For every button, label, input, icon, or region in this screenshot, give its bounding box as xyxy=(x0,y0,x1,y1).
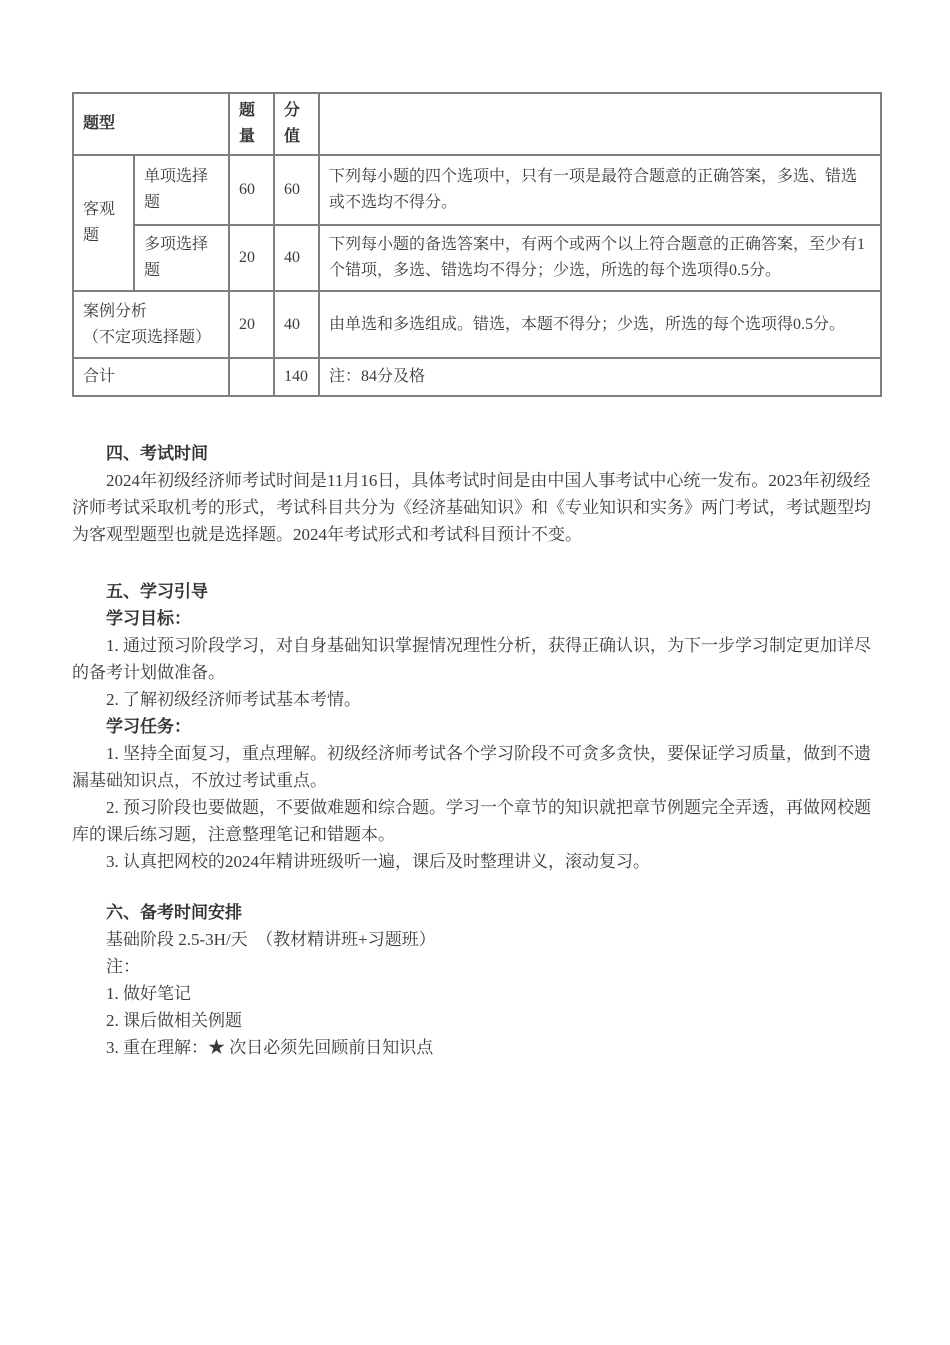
table-row-single-choice: 客观题 单项选择题 60 60 下列每小题的四个选项中，只有一项是最符合题意的正… xyxy=(73,155,881,225)
total-label: 合计 xyxy=(73,358,229,396)
section-exam-time-paragraph: 2024年初级经济师考试时间是11月16日，具体考试时间是由中国人事考试中心统一… xyxy=(72,467,880,548)
multi-choice-qty: 20 xyxy=(229,225,274,291)
study-task-item: 1. 坚持全面复习，重点理解。初级经济师考试各个学习阶段不可贪多贪快，要保证学习… xyxy=(72,740,880,794)
single-choice-score: 60 xyxy=(274,155,319,225)
multi-choice-label: 多项选择题 xyxy=(134,225,229,291)
case-analysis-score: 40 xyxy=(274,291,319,358)
study-task-item: 2. 预习阶段也要做题，不要做难题和综合题。学习一个章节的知识就把章节例题完全弄… xyxy=(72,794,880,848)
total-qty xyxy=(229,358,274,396)
section-exam-time-title: 四、考试时间 xyxy=(72,440,880,467)
prep-note-item: 1. 做好笔记 xyxy=(72,980,880,1007)
case-analysis-desc: 由单选和多选组成。错选，本题不得分；少选，所选的每个选项得0.5分。 xyxy=(319,291,881,358)
document-page: 题型 题量 分值 客观题 单项选择题 60 60 下列每小题的四个选项中，只有一… xyxy=(0,0,950,1345)
section-prep-schedule-title: 六、备考时间安排 xyxy=(72,899,880,926)
objective-group-cell: 客观题 xyxy=(73,155,134,291)
multi-choice-desc: 下列每小题的备选答案中，有两个或两个以上符合题意的正确答案，至少有1个错项，多选… xyxy=(319,225,881,291)
multi-choice-score: 40 xyxy=(274,225,319,291)
single-choice-label: 单项选择题 xyxy=(134,155,229,225)
exam-structure-table: 题型 题量 分值 客观题 单项选择题 60 60 下列每小题的四个选项中，只有一… xyxy=(72,92,882,397)
study-goals-label: 学习目标： xyxy=(72,605,880,632)
single-choice-qty: 60 xyxy=(229,155,274,225)
header-quantity: 题量 xyxy=(229,93,274,155)
prep-note-label: 注： xyxy=(72,953,880,980)
case-analysis-label: 案例分析 （不定项选择题） xyxy=(73,291,229,358)
header-score: 分值 xyxy=(274,93,319,155)
total-desc: 注：84分及格 xyxy=(319,358,881,396)
section-study-guide-title: 五、学习引导 xyxy=(72,578,880,605)
prep-schedule-line: 基础阶段 2.5-3H/天 （教材精讲班+习题班） xyxy=(72,926,880,953)
header-description xyxy=(319,93,881,155)
table-header-row: 题型 题量 分值 xyxy=(73,93,881,155)
header-question-type: 题型 xyxy=(73,93,229,155)
prep-note-item: 2. 课后做相关例题 xyxy=(72,1007,880,1034)
table-row-case-analysis: 案例分析 （不定项选择题） 20 40 由单选和多选组成。错选，本题不得分；少选… xyxy=(73,291,881,358)
table-row-multi-choice: 多项选择题 20 40 下列每小题的备选答案中，有两个或两个以上符合题意的正确答… xyxy=(73,225,881,291)
study-goal-item: 1. 通过预习阶段学习，对自身基础知识掌握情况理性分析，获得正确认识，为下一步学… xyxy=(72,632,880,686)
prep-note-item: 3. 重在理解：★ 次日必须先回顾前日知识点 xyxy=(72,1034,880,1061)
total-score: 140 xyxy=(274,358,319,396)
table-row-total: 合计 140 注：84分及格 xyxy=(73,358,881,396)
study-task-item: 3. 认真把网校的2024年精讲班级听一遍，课后及时整理讲义，滚动复习。 xyxy=(72,848,880,875)
case-analysis-qty: 20 xyxy=(229,291,274,358)
single-choice-desc: 下列每小题的四个选项中，只有一项是最符合题意的正确答案，多选、错选或不选均不得分… xyxy=(319,155,881,225)
study-tasks-label: 学习任务： xyxy=(72,713,880,740)
study-goal-item: 2. 了解初级经济师考试基本考情。 xyxy=(72,686,880,713)
